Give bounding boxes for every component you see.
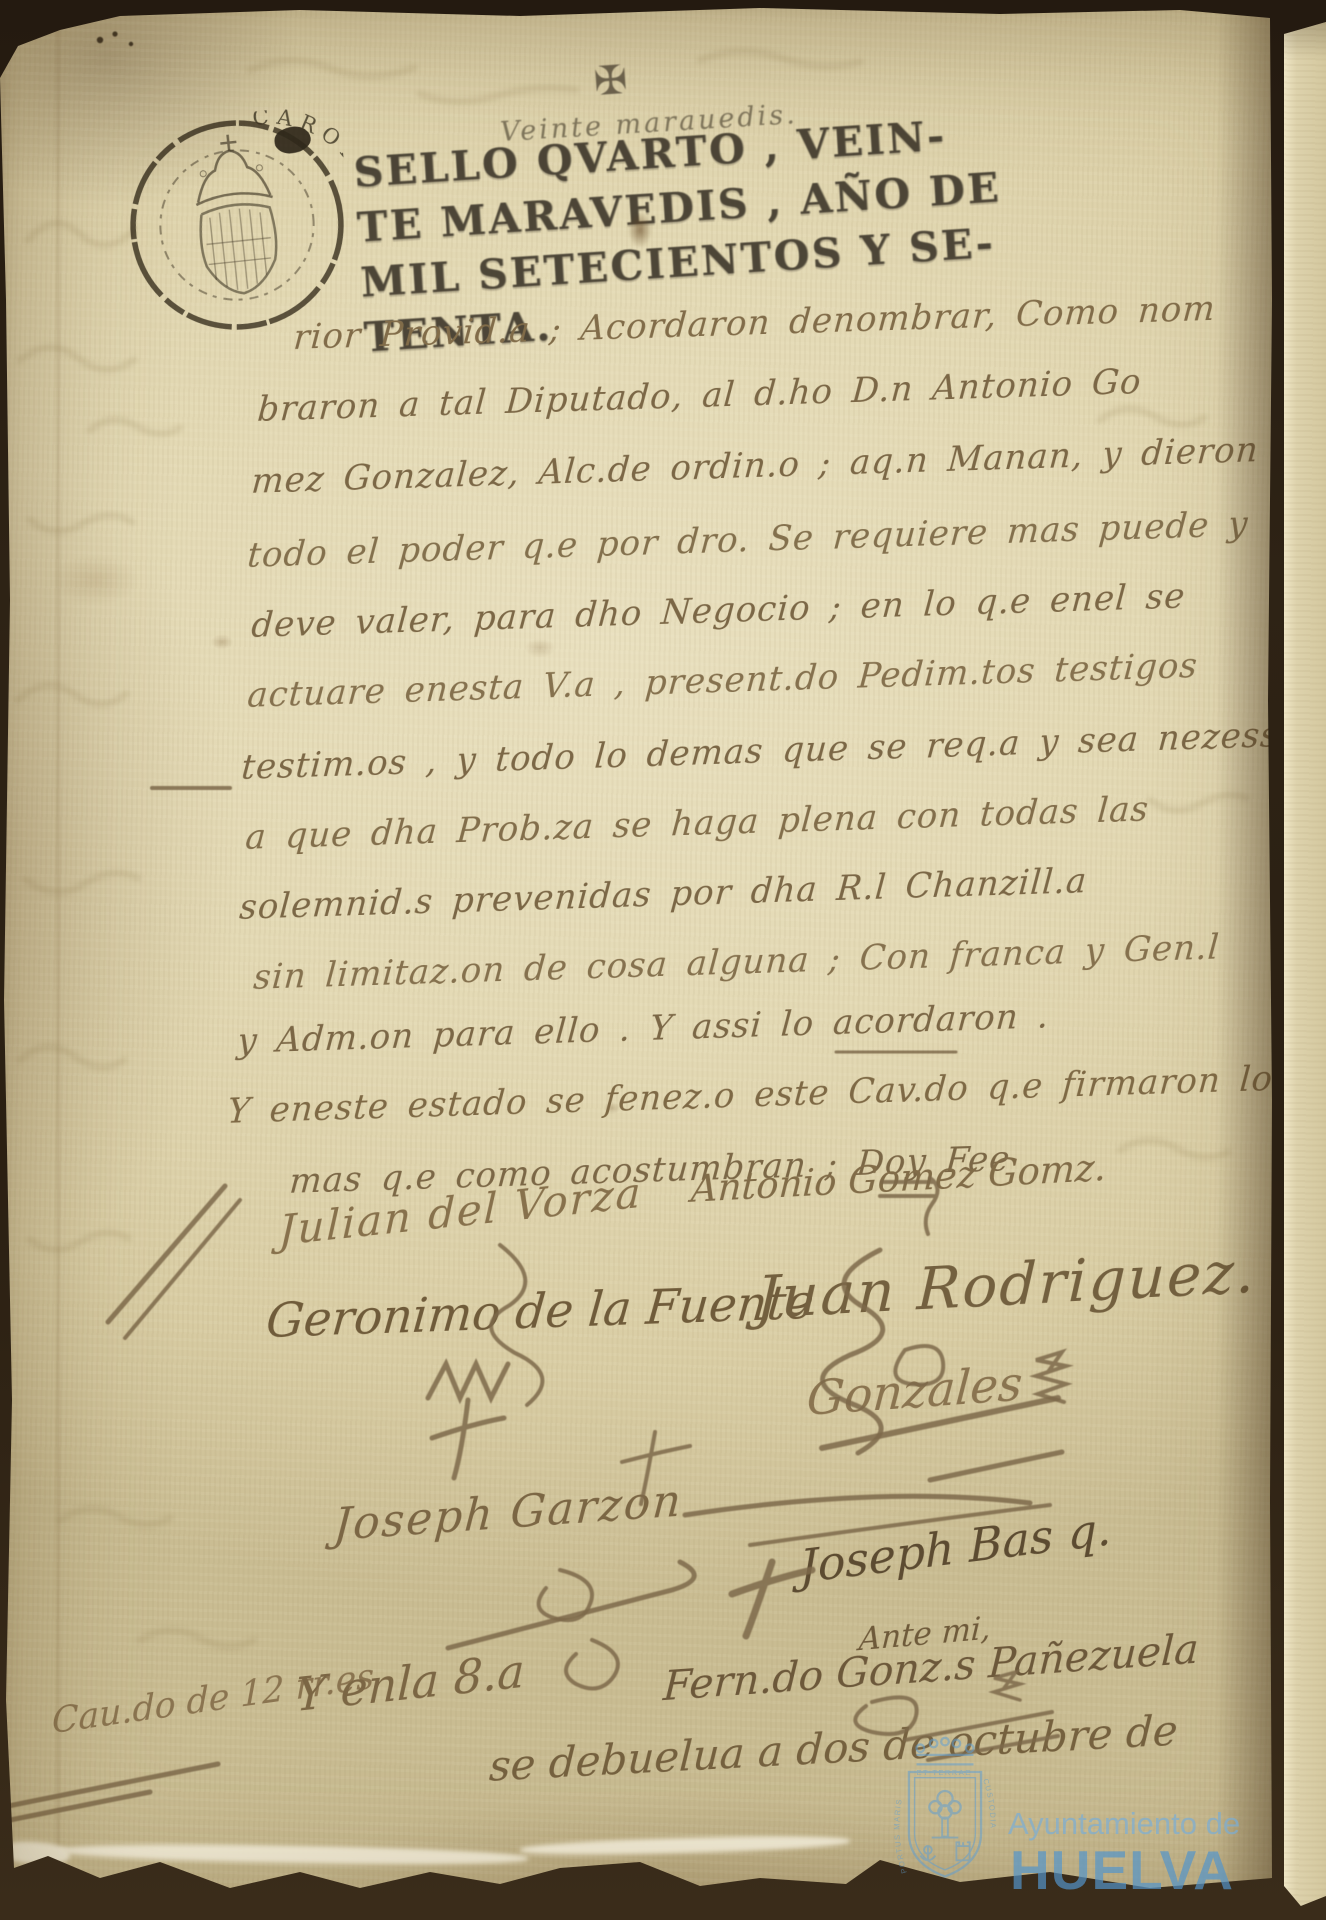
torn-edge-highlight xyxy=(58,1842,528,1867)
manuscript-line: todo el poder q.e por dro. Se requiere m… xyxy=(246,504,1250,576)
signature-gonzales: Gonzales xyxy=(805,1357,1024,1427)
torn-edge-highlight xyxy=(520,1833,850,1857)
svg-text:ET TERRAE: ET TERRAE xyxy=(917,1768,972,1777)
watermark-motto-top: ET TERRAE xyxy=(917,1768,972,1777)
document-scan: ✠ Veinte marauedis. SELLO QVARTO , VEIN-… xyxy=(0,0,1326,1920)
signature-joseph-garzon: Joseph Garzon xyxy=(332,1475,684,1551)
manuscript-line: solemnid.s prevenidas por dha R.l Chanzi… xyxy=(238,861,1089,928)
manuscript-line: testim.os , y todo lo demas que se req.a… xyxy=(240,714,1313,788)
cross-mark: ✠ xyxy=(592,57,629,105)
manuscript-line: y Adm.on para ello . Y assi lo acordaron… xyxy=(236,996,1051,1062)
manuscript-line: deve valer, para dho Negocio ; en lo q.e… xyxy=(250,577,1187,646)
royal-seal-icon: CAROLUS III xyxy=(113,103,361,347)
signature-geronimo-fuente: Geronimo de la Fuente xyxy=(264,1275,816,1349)
manuscript-line: a que dha Prob.za se haga plena con toda… xyxy=(244,789,1150,858)
signature-joseph-bas: Joseph Bas q. xyxy=(799,1501,1112,1594)
watermark-org-line: Ayuntamiento de xyxy=(1008,1806,1240,1842)
manuscript-line: Y eneste estado se fenez.o este Cav.do q… xyxy=(226,1056,1326,1132)
gutter-shadow xyxy=(1216,0,1286,1920)
manuscript-line: sin limitaz.on de cosa alguna ; Con fran… xyxy=(252,928,1221,998)
watermark-motto-left: PORTUS MARIS xyxy=(892,1798,908,1875)
manuscript-line: actuare enesta V.a , present.do Pedim.to… xyxy=(246,646,1199,716)
manuscript-page: ✠ Veinte marauedis. SELLO QVARTO , VEIN-… xyxy=(0,0,1326,1920)
svg-text:PORTUS MARIS: PORTUS MARIS xyxy=(892,1798,908,1875)
manuscript-line: mez Gonzalez, Alc.de ordin.o ; aq.n Mana… xyxy=(250,430,1260,502)
paper-crease xyxy=(54,0,62,1920)
watermark-motto-right: CUSTODIA xyxy=(981,1778,997,1830)
adjacent-page-edge xyxy=(1284,0,1326,1920)
manuscript-line: braron a tal Diputado, al d.ho D.n Anton… xyxy=(256,362,1143,430)
watermark-org-name: HUELVA xyxy=(1010,1838,1234,1902)
signature-juan-rodriguez: Juan Rodriguez. xyxy=(755,1238,1257,1332)
huelva-coat-of-arms-icon: PORTUS MARIS ET TERRAE CUSTODIA xyxy=(888,1726,1002,1894)
svg-text:CUSTODIA: CUSTODIA xyxy=(981,1778,997,1830)
huelva-watermark: PORTUS MARIS ET TERRAE CUSTODIA Ayuntami… xyxy=(880,1720,1326,1920)
date-line-start: Y enla 8.a xyxy=(295,1643,526,1722)
ink-stain xyxy=(628,212,652,248)
